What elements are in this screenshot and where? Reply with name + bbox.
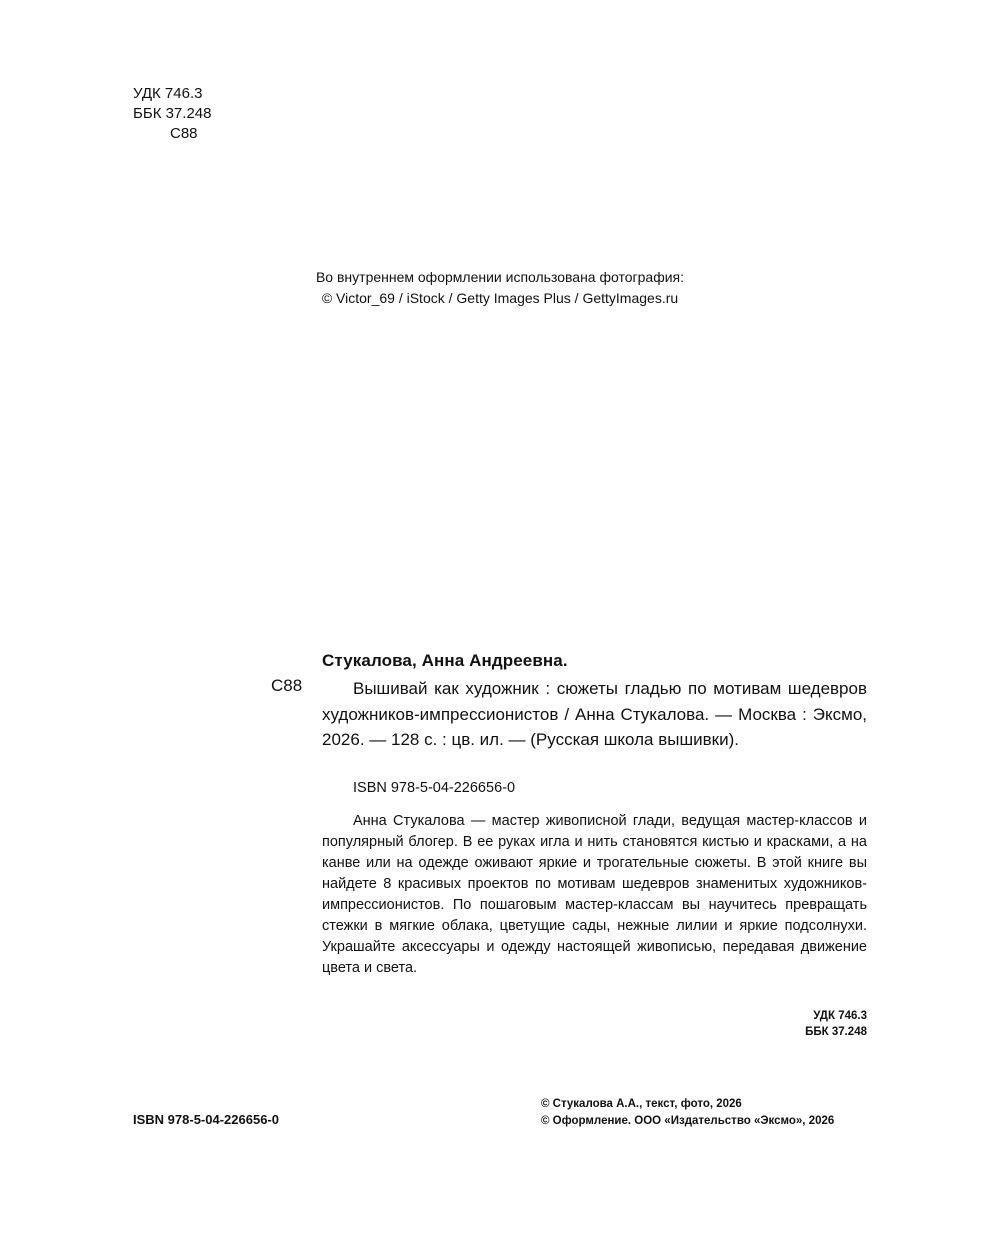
copyright-publisher: © Оформление. ООО «Издательство «Эксмо»,… [541,1113,834,1130]
bibliographic-description: Вышивай как художник : сюжеты гладью по … [322,676,867,753]
photo-credit-line-1: Во внутреннем оформлении использована фо… [0,267,1000,288]
udk-code-bottom: УДК 746.3 [805,1008,867,1024]
bbk-code-bottom: ББК 37.248 [805,1024,867,1040]
isbn-record: ISBN 978-5-04-226656-0 [353,780,515,796]
catalog-cutter: С88 [271,676,302,696]
isbn-footer: ISBN 978-5-04-226656-0 [133,1112,279,1127]
udk-code: УДК 746.3 [133,84,211,104]
classification-codes-top: УДК 746.3 ББК 37.248 С88 [133,84,211,144]
copyright-author: © Стукалова А.А., текст, фото, 2026 [541,1096,834,1113]
photo-credit: Во внутреннем оформлении использована фо… [0,267,1000,309]
bbk-code: ББК 37.248 [133,104,211,124]
author-heading: Стукалова, Анна Андреевна. [322,651,568,671]
cutter-code: С88 [133,124,211,144]
photo-credit-line-2: © Victor_69 / iStock / Getty Images Plus… [0,288,1000,309]
copyright-block: © Стукалова А.А., текст, фото, 2026 © Оф… [541,1096,834,1130]
classification-codes-bottom: УДК 746.3 ББК 37.248 [805,1008,867,1040]
description-text: Вышивай как художник : сюжеты гладью по … [322,676,867,753]
annotation: Анна Стукалова — мастер живописной глади… [322,811,867,979]
